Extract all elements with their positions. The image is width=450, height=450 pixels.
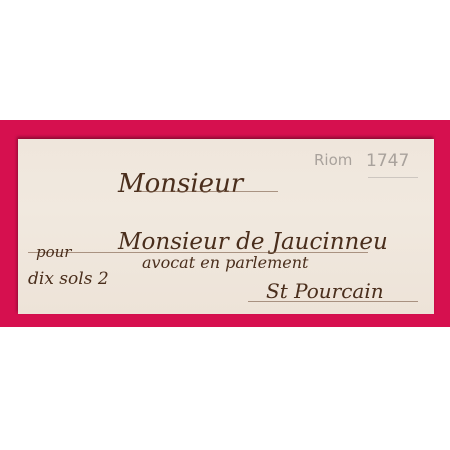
address-line-3: St Pourcain xyxy=(266,279,384,303)
left-note-line-2: dix sols 2 xyxy=(28,269,109,289)
pencil-place: Riom xyxy=(314,151,352,169)
pencil-underline xyxy=(368,177,418,178)
salutation: Monsieur xyxy=(118,169,243,199)
letter-paper: Riom 1747 Monsieur Monsieur de Jaucinneu… xyxy=(18,139,434,314)
pencil-year: 1747 xyxy=(366,151,409,171)
salutation-flourish xyxy=(138,191,278,192)
address-line-2: avocat en parlement xyxy=(142,253,308,272)
address-underline xyxy=(248,301,418,302)
left-note-line-1: pour xyxy=(36,243,71,261)
